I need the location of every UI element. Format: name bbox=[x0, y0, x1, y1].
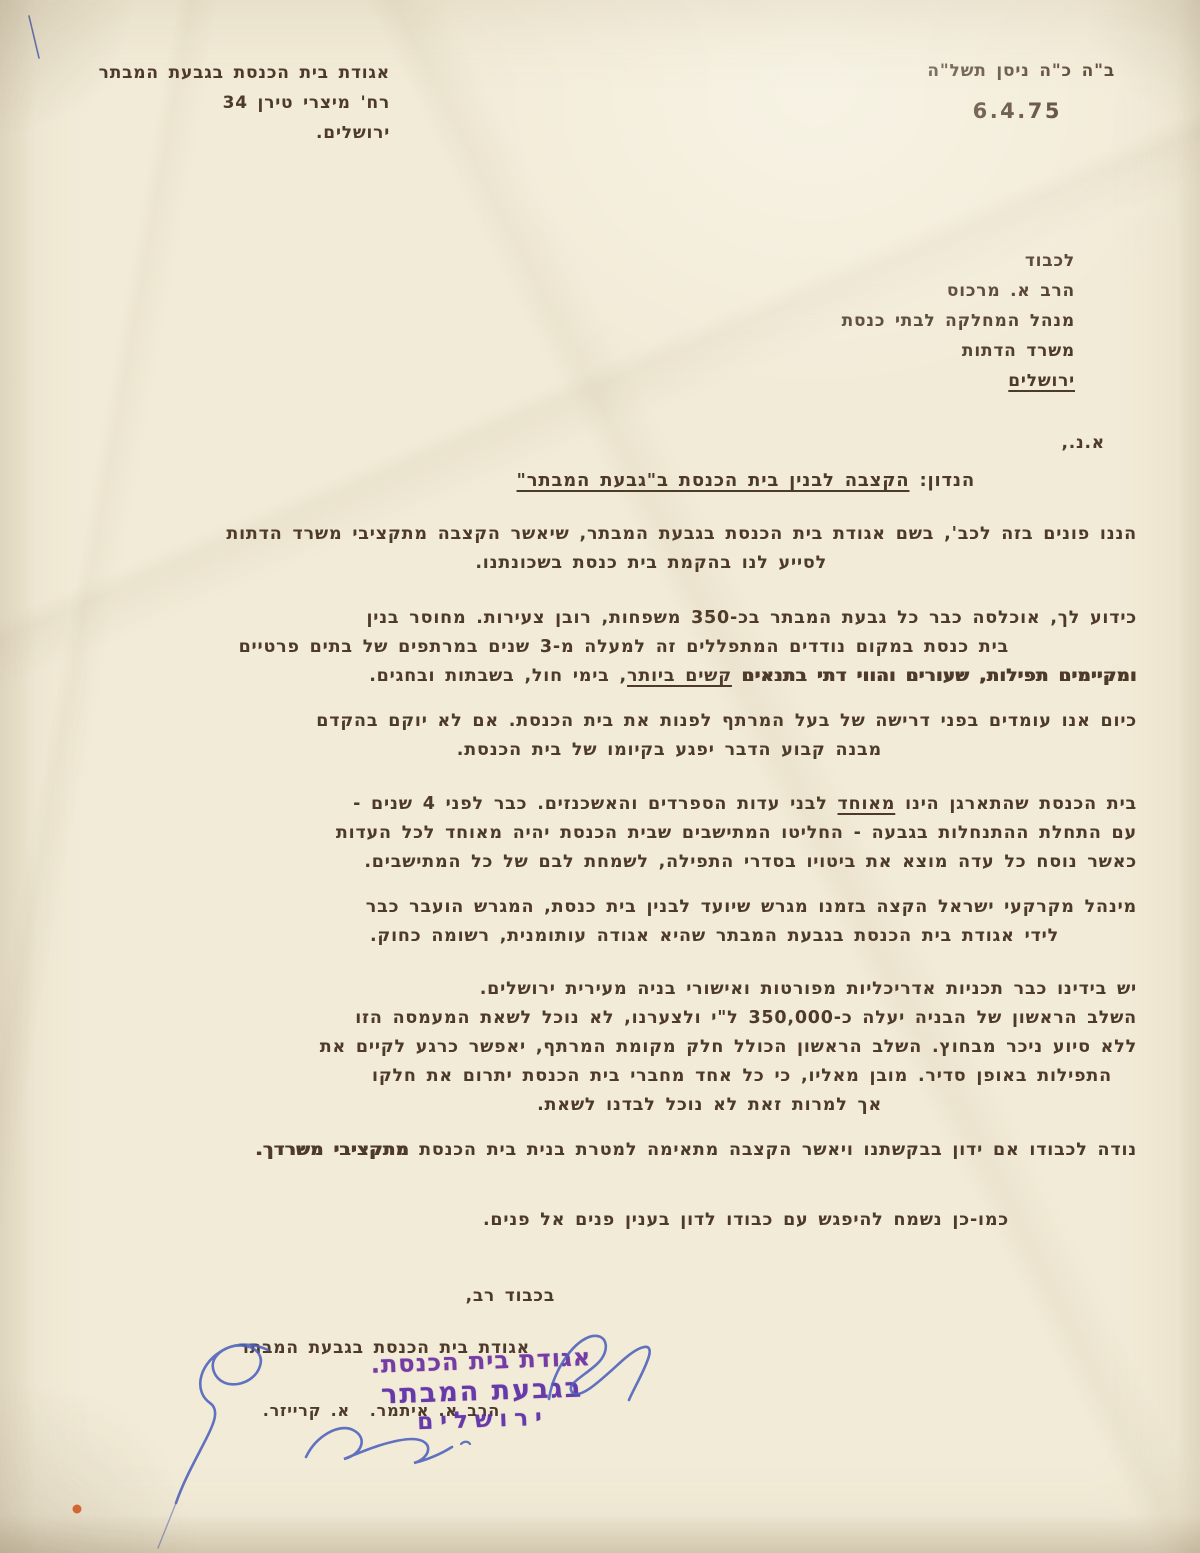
bold-overstruck-phrase: מתקציבי משרדך. bbox=[256, 1140, 410, 1160]
sender-org-line: אגודת בית הכנסת בגבעת המבתר bbox=[99, 58, 390, 88]
text-segment: ומקיימים תפילות, שעורים והווי דתי בתנאים bbox=[732, 666, 1137, 686]
text-segment: בית הכנסת שהתארגן הינו bbox=[895, 794, 1137, 814]
closing-regards: בכבוד רב, bbox=[466, 1281, 555, 1311]
text-line: לידי אגודת בית הכנסת בגבעת המבתר שהיא אג… bbox=[63, 922, 1137, 951]
paragraph-4: בית הכנסת שהתארגן הינו מאוחד לבני עדות ה… bbox=[63, 790, 1137, 877]
sender-street-line: רח' מיצרי טירן 34 bbox=[99, 88, 390, 118]
paragraph-1: הננו פונים בזה לכב', בשם אגודת בית הכנסת… bbox=[63, 520, 1137, 578]
text-line: בית כנסת במקום נודדים המתפללים זה למעלה … bbox=[63, 633, 1137, 662]
paragraph-5: מינהל מקרקעי ישראל הקצה בזמנו מגרש שיועד… bbox=[63, 893, 1137, 951]
text-line: כאשר נוסח כל עדה מוצא את ביטויו בסדרי הת… bbox=[63, 848, 1137, 877]
subject-text: הקצבה לבנין בית הכנסת ב"גבעת המבתר" bbox=[517, 470, 910, 491]
subject-label: הנדון: bbox=[920, 470, 975, 491]
text-line: כידוע לך, אוכלסה כבר כל גבעת המבתר בכ-35… bbox=[63, 604, 1137, 633]
text-line: כיום אנו עומדים בפני דרישה של בעל המרתף … bbox=[63, 707, 1137, 736]
pen-mark-top-left bbox=[29, 16, 39, 58]
recipient-ministry: משרד הדתות bbox=[842, 336, 1075, 366]
text-line: לסייע לנו בהקמת בית כנסת בשכונתנו. bbox=[63, 549, 1137, 578]
paragraph-3: כיום אנו עומדים בפני דרישה של בעל המרתף … bbox=[63, 707, 1137, 765]
red-ink-dot bbox=[73, 1505, 82, 1514]
text-segment: לבני עדות הספרדים והאשכנזים. כבר לפני 4 … bbox=[353, 794, 837, 814]
sender-city-line: ירושלים. bbox=[99, 118, 390, 148]
recipient-block: לכבוד הרב א. מרכוס מנהל המחלקה לבתי כנסת… bbox=[842, 246, 1075, 396]
rubber-stamp: אגודת בית הכנסת. בגבעת המבתר ירושלים bbox=[335, 1343, 630, 1438]
text-line: בית הכנסת שהתארגן הינו מאוחד לבני עדות ה… bbox=[63, 790, 1137, 819]
salutation: א.נ., bbox=[1062, 428, 1105, 458]
sender-address: אגודת בית הכנסת בגבעת המבתר רח' מיצרי טי… bbox=[99, 58, 390, 148]
signature-lower-dot bbox=[461, 1442, 470, 1444]
text-line: מינהל מקרקעי ישראל הקצה בזמנו מגרש שיועד… bbox=[63, 893, 1137, 922]
text-line: נודה לכבודו אם ידון בבקשתנו ויאשר הקצבה … bbox=[63, 1136, 1137, 1165]
text-line: יש בידינו כבר תכניות אדריכליות מפורטות ו… bbox=[63, 975, 1137, 1004]
text-line: התפילות באופן סדיר. מובן מאליו, כי כל אח… bbox=[63, 1062, 1137, 1091]
signature-left-tail bbox=[158, 1503, 176, 1548]
text-line: ללא סיוע ניכר מבחוץ. השלב הראשון הכולל ח… bbox=[63, 1033, 1137, 1062]
recipient-title: מנהל המחלקה לבתי כנסת bbox=[842, 306, 1075, 336]
paragraph-6: יש בידינו כבר תכניות אדריכליות מפורטות ו… bbox=[63, 975, 1137, 1120]
hebrew-date-line: ב"ה כ"ה ניסן תשל"ה bbox=[927, 56, 1115, 86]
paragraph-7: נודה לכבודו אם ידון בבקשתנו ויאשר הקצבה … bbox=[63, 1136, 1137, 1165]
text-line: כמו-כן נשמח להיפגש עם כבודו לדון בענין פ… bbox=[63, 1206, 1137, 1235]
text-segment: נודה לכבודו אם ידון בבקשתנו ויאשר הקצבה … bbox=[409, 1140, 1137, 1160]
text-line: ומקיימים תפילות, שעורים והווי דתי בתנאים… bbox=[63, 662, 1137, 691]
paragraph-8: כמו-כן נשמח להיפגש עם כבודו לדון בענין פ… bbox=[63, 1206, 1137, 1235]
underlined-word: מאוחד bbox=[838, 794, 896, 814]
numeric-date: 6.4.75 bbox=[973, 99, 1062, 123]
recipient-honorific: לכבוד bbox=[842, 246, 1075, 276]
text-line: מבנה קבוע הדבר יפגע בקיומו של בית הכנסת. bbox=[63, 736, 1137, 765]
recipient-city: ירושלים bbox=[1008, 371, 1075, 391]
paragraph-2: כידוע לך, אוכלסה כבר כל גבעת המבתר בכ-35… bbox=[63, 604, 1137, 691]
text-segment: , בימי חול, בשבתות ובחגים. bbox=[369, 666, 627, 686]
recipient-name: הרב א. מרכוס bbox=[842, 276, 1075, 306]
text-line: אך למרות זאת לא נוכל לבדנו לשאת. bbox=[63, 1091, 1137, 1120]
signature-left bbox=[176, 1345, 268, 1503]
text-line: עם התחלת ההתנחלות בגבעה - החליטו המתישבי… bbox=[63, 819, 1137, 848]
letter-page: ב"ה כ"ה ניסן תשל"ה 6.4.75 אגודת בית הכנס… bbox=[0, 0, 1200, 1553]
underlined-phrase: קשים ביותר bbox=[627, 666, 732, 686]
subject-line: הנדון: הקצבה לבנין בית הכנסת ב"גבעת המבת… bbox=[517, 470, 975, 491]
ink-marks-overlay bbox=[0, 0, 1200, 1553]
text-line: הננו פונים בזה לכב', בשם אגודת בית הכנסת… bbox=[63, 520, 1137, 549]
text-line: השלב הראשון של הבניה יעלה כ-350,000 ל"י … bbox=[63, 1004, 1137, 1033]
